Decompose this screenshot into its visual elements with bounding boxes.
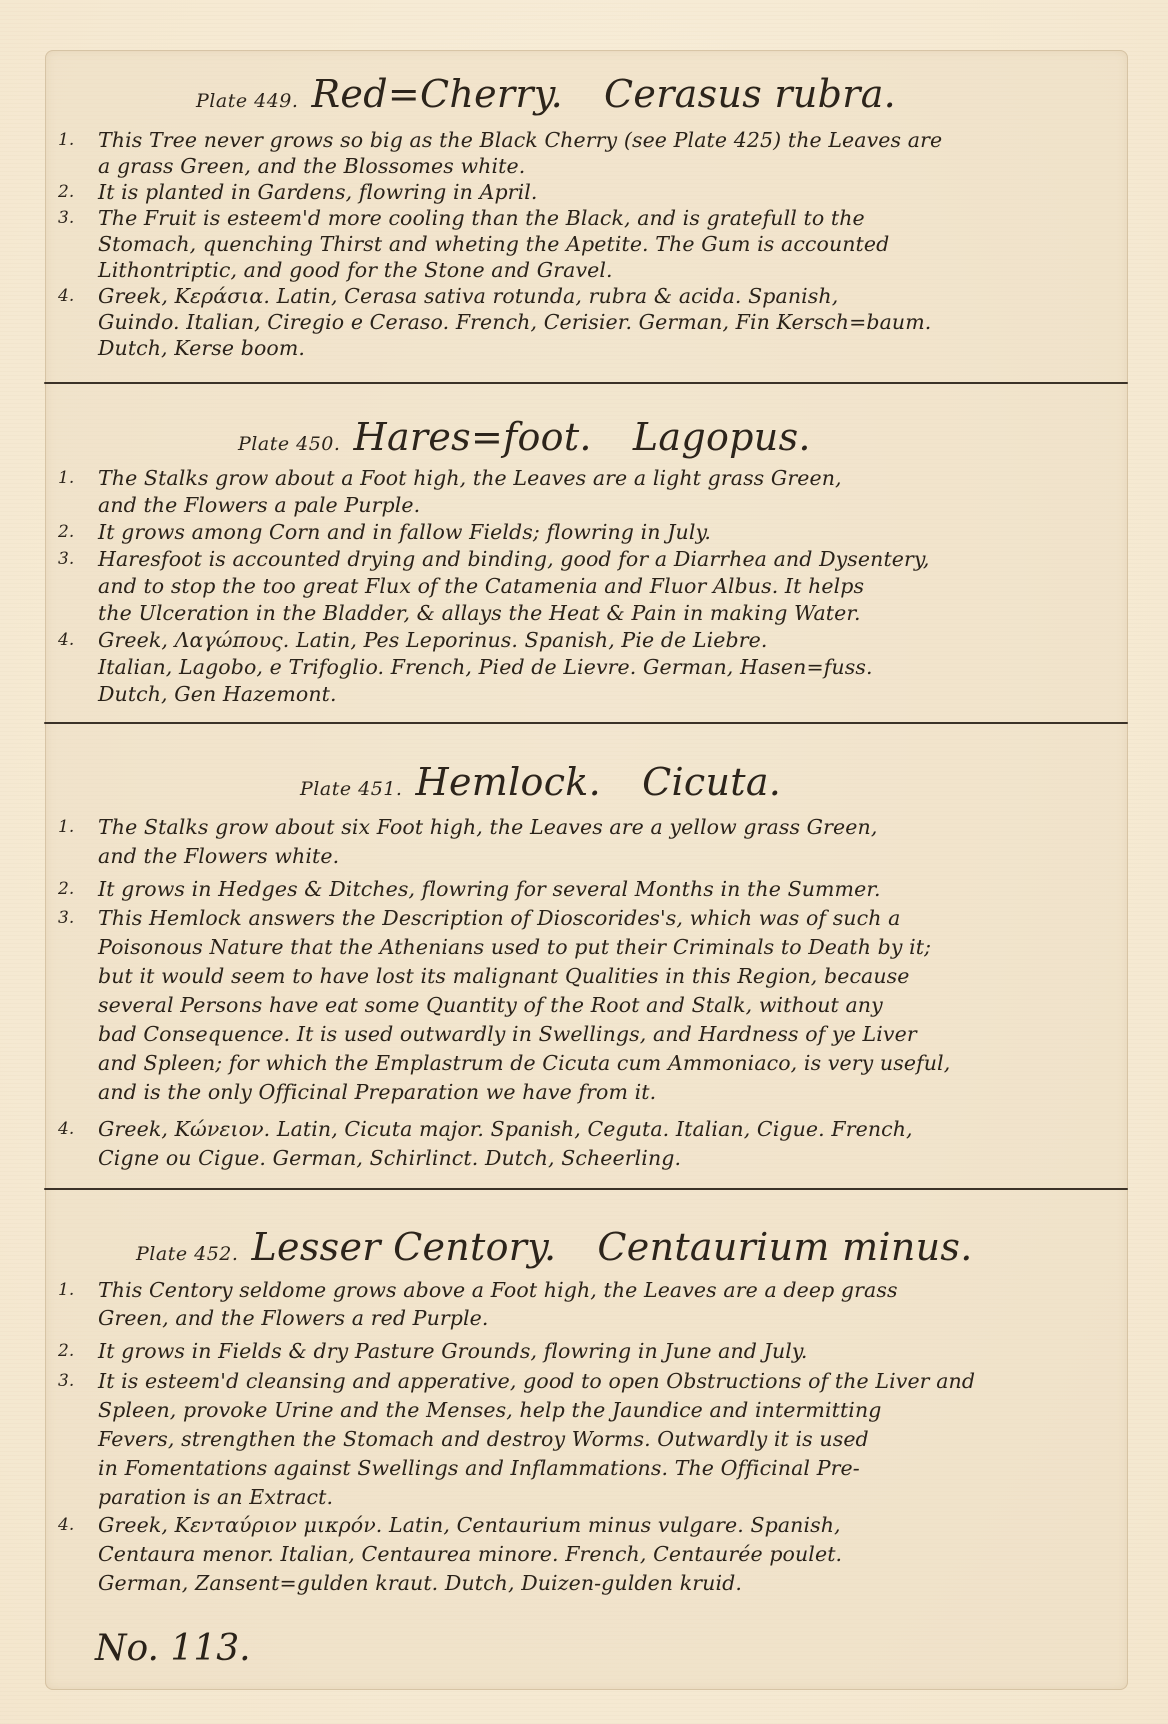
item-number: 2. <box>58 182 74 202</box>
item-line: Fevers, strengthen the Stomach and destr… <box>98 1427 869 1451</box>
plate-label: Plate 450. <box>238 433 340 455</box>
item-line: and is the only Officinal Preparation we… <box>98 1080 656 1104</box>
item-line: Lithontriptic, and good for the Stone an… <box>98 258 613 282</box>
item-line: The Stalks grow about six Foot high, the… <box>98 815 877 839</box>
item-line: German, Zansent=gulden kraut. Dutch, Dui… <box>98 1571 742 1595</box>
item-line: It grows in Fields & dry Pasture Grounds… <box>98 1339 808 1363</box>
plate-449-heading: Plate 449. Red=Cherry. Cerasus rubra. <box>0 72 1168 116</box>
item-line: and to stop the too great Flux of the Ca… <box>98 574 864 598</box>
item-number: 1. <box>58 1280 74 1300</box>
latin-name: Lagopus. <box>633 415 811 459</box>
item-number: 3. <box>58 908 74 928</box>
item-line: bad Consequence. It is used outwardly in… <box>98 1022 917 1046</box>
item-line: Stomach, quenching Thirst and wheting th… <box>98 232 889 256</box>
item-line: but it would seem to have lost its malig… <box>98 964 910 988</box>
item-line: It grows among Corn and in fallow Fields… <box>98 520 711 544</box>
item-number: 4. <box>58 1515 74 1535</box>
item-line: The Stalks grow about a Foot high, the L… <box>98 466 842 490</box>
plate-label: Plate 452. <box>136 1243 238 1265</box>
item-line: Haresfoot is accounted drying and bindin… <box>98 547 930 571</box>
item-line: the Ulceration in the Bladder, & allays … <box>98 601 861 625</box>
item-line: paration is an Extract. <box>98 1485 333 1509</box>
item-line: and the Flowers a pale Purple. <box>98 493 420 517</box>
item-line: Greek, Κώνειον. Latin, Cicuta major. Spa… <box>98 1117 913 1141</box>
item-line: It grows in Hedges & Ditches, flowring f… <box>98 877 881 901</box>
item-line: and Spleen; for which the Emplastrum de … <box>98 1051 950 1075</box>
item-line: Greek, Κενταύριον μικρόν. Latin, Centaur… <box>98 1513 841 1537</box>
section-divider <box>44 382 1128 384</box>
item-line: This Centory seldome grows above a Foot … <box>98 1278 898 1302</box>
item-line: This Hemlock answers the Description of … <box>98 906 900 930</box>
item-number: 3. <box>58 549 74 569</box>
plate-label: Plate 451. <box>300 778 402 800</box>
item-number: 2. <box>58 1341 74 1361</box>
plate-number: No. 113. <box>95 1628 251 1669</box>
plate-label: Plate 449. <box>196 90 298 112</box>
item-line: Cigne ou Cigue. German, Schirlinct. Dutc… <box>98 1146 681 1170</box>
item-line: This Tree never grows so big as the Blac… <box>98 128 942 152</box>
item-number: 2. <box>58 879 74 899</box>
item-line: several Persons have eat some Quantity o… <box>98 993 883 1017</box>
latin-name: Cerasus rubra. <box>604 72 896 116</box>
plate-452-heading: Plate 452. Lesser Centory. Centaurium mi… <box>0 1225 1168 1269</box>
item-line: Green, and the Flowers a red Purple. <box>98 1306 489 1330</box>
item-number: 1. <box>58 817 74 837</box>
item-line: It is planted in Gardens, flowring in Ap… <box>98 180 538 204</box>
item-line: Poisonous Nature that the Athenians used… <box>98 935 931 959</box>
plate-450-heading: Plate 450. Hares=foot. Lagopus. <box>0 415 1168 459</box>
item-line: Dutch, Gen Hazemont. <box>98 682 337 706</box>
item-number: 1. <box>58 130 74 150</box>
item-line: Spleen, provoke Urine and the Menses, he… <box>98 1398 881 1422</box>
item-line: Dutch, Kerse boom. <box>98 336 305 360</box>
section-divider <box>44 1188 1128 1190</box>
item-number: 3. <box>58 1371 74 1391</box>
item-line: It is esteem'd cleansing and apperative,… <box>98 1369 975 1393</box>
common-name: Red=Cherry. <box>312 72 563 116</box>
section-divider <box>44 722 1128 724</box>
common-name: Hares=foot. <box>354 415 592 459</box>
common-name: Hemlock. <box>416 760 601 804</box>
common-name: Lesser Centory. <box>252 1225 557 1269</box>
item-line: and the Flowers white. <box>98 844 339 868</box>
item-number: 4. <box>58 630 74 650</box>
item-line: Guindo. Italian, Ciregio e Ceraso. Frenc… <box>98 310 931 334</box>
item-line: in Fomentations against Swellings and In… <box>98 1456 860 1480</box>
latin-name: Centaurium minus. <box>597 1225 972 1269</box>
latin-name: Cicuta. <box>642 760 781 804</box>
plate-451-heading: Plate 451. Hemlock. Cicuta. <box>0 760 1168 804</box>
item-line: Centaura menor. Italian, Centaurea minor… <box>98 1542 842 1566</box>
item-number: 3. <box>58 208 74 228</box>
item-line: The Fruit is esteem'd more cooling than … <box>98 206 865 230</box>
item-line: Greek, Λαγώπους. Latin, Pes Leporinus. S… <box>98 628 767 652</box>
item-line: Italian, Lagobo, e Trifoglio. French, Pi… <box>98 655 873 679</box>
item-number: 1. <box>58 468 74 488</box>
item-line: a grass Green, and the Blossomes white. <box>98 154 525 178</box>
item-number: 4. <box>58 286 74 306</box>
item-line: Greek, Κεράσια. Latin, Cerasa sativa rot… <box>98 284 838 308</box>
item-number: 4. <box>58 1119 74 1139</box>
item-number: 2. <box>58 522 74 542</box>
